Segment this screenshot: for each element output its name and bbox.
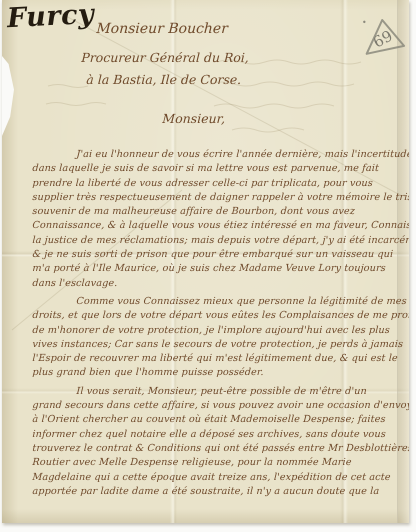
manuscript-line: de m'honorer de votre protection, je l'i… [32,324,409,338]
manuscript-line: dans laquelle je suis de savoir si ma le… [32,162,409,176]
manuscript-line: prendre la liberté de vous adresser cell… [32,177,409,191]
paper-tear [2,56,14,136]
letter-page: Furcy 69 Monsieur Boucher Procureur Géné… [2,0,409,523]
recipient-location: à la Bastia, Ile de Corse. [86,72,242,87]
manuscript-line: la justice de mes réclamations; mais dep… [32,234,409,248]
manuscript-line: m'a porté à l'Ile Maurice, où je suis ch… [32,262,409,276]
salutation: Monsieur, [162,111,226,126]
manuscript-line: Il vous serait, Monsieur, peut-être poss… [32,385,409,399]
manuscript-line: dans l'esclavage. [32,277,409,291]
recipient-title: Procureur Général du Roi, [81,50,249,65]
manuscript-line: souvenir de ma malheureuse affaire de Bo… [32,205,409,219]
manuscript-line: plus grand bien que l'homme puisse possé… [32,366,409,380]
archive-stamp: 69 [358,14,408,61]
manuscript-line: l'Espoir de recouvrer ma liberté qui m'e… [32,352,409,366]
manuscript-line: grand secours dans cette affaire, si vou… [32,399,409,413]
manuscript-line: Routier avec Melle Despense religieuse, … [32,456,409,470]
owner-name-annotation: Furcy [6,0,95,34]
triangle-stamp-icon: 69 [358,14,408,61]
manuscript-line: informer chez quel notaire elle a déposé… [32,428,409,442]
manuscript-line: droits, et que lors de votre départ vous… [32,309,409,323]
manuscript-line: Connaissance, & à laquelle vous vous éti… [32,219,409,233]
manuscript-line: à l'Orient chercher au couvent où était … [32,413,409,427]
manuscript-line: & je ne suis sorti de prison que pour êt… [32,248,409,262]
manuscript-line: J'ai eu l'honneur de vous écrire l'année… [32,148,409,162]
recipient-name: Monsieur Boucher [96,21,228,37]
manuscript-line: supplier très respectueusement de daigne… [32,191,409,205]
manuscript-line: vives instances; Car sans le secours de … [32,338,409,352]
manuscript-body: J'ai eu l'honneur de vous écrire l'année… [32,148,408,499]
letter-scan: Furcy 69 Monsieur Boucher Procureur Géné… [0,0,416,532]
manuscript-line: Magdelaine qui a cette époque avait trei… [32,471,409,485]
manuscript-line: Comme vous Connaissez mieux que personne… [32,295,409,309]
manuscript-line: apportée par ladite dame a été soustrait… [32,485,409,499]
manuscript-line: trouverez le contrat & Conditions qui on… [32,442,409,456]
